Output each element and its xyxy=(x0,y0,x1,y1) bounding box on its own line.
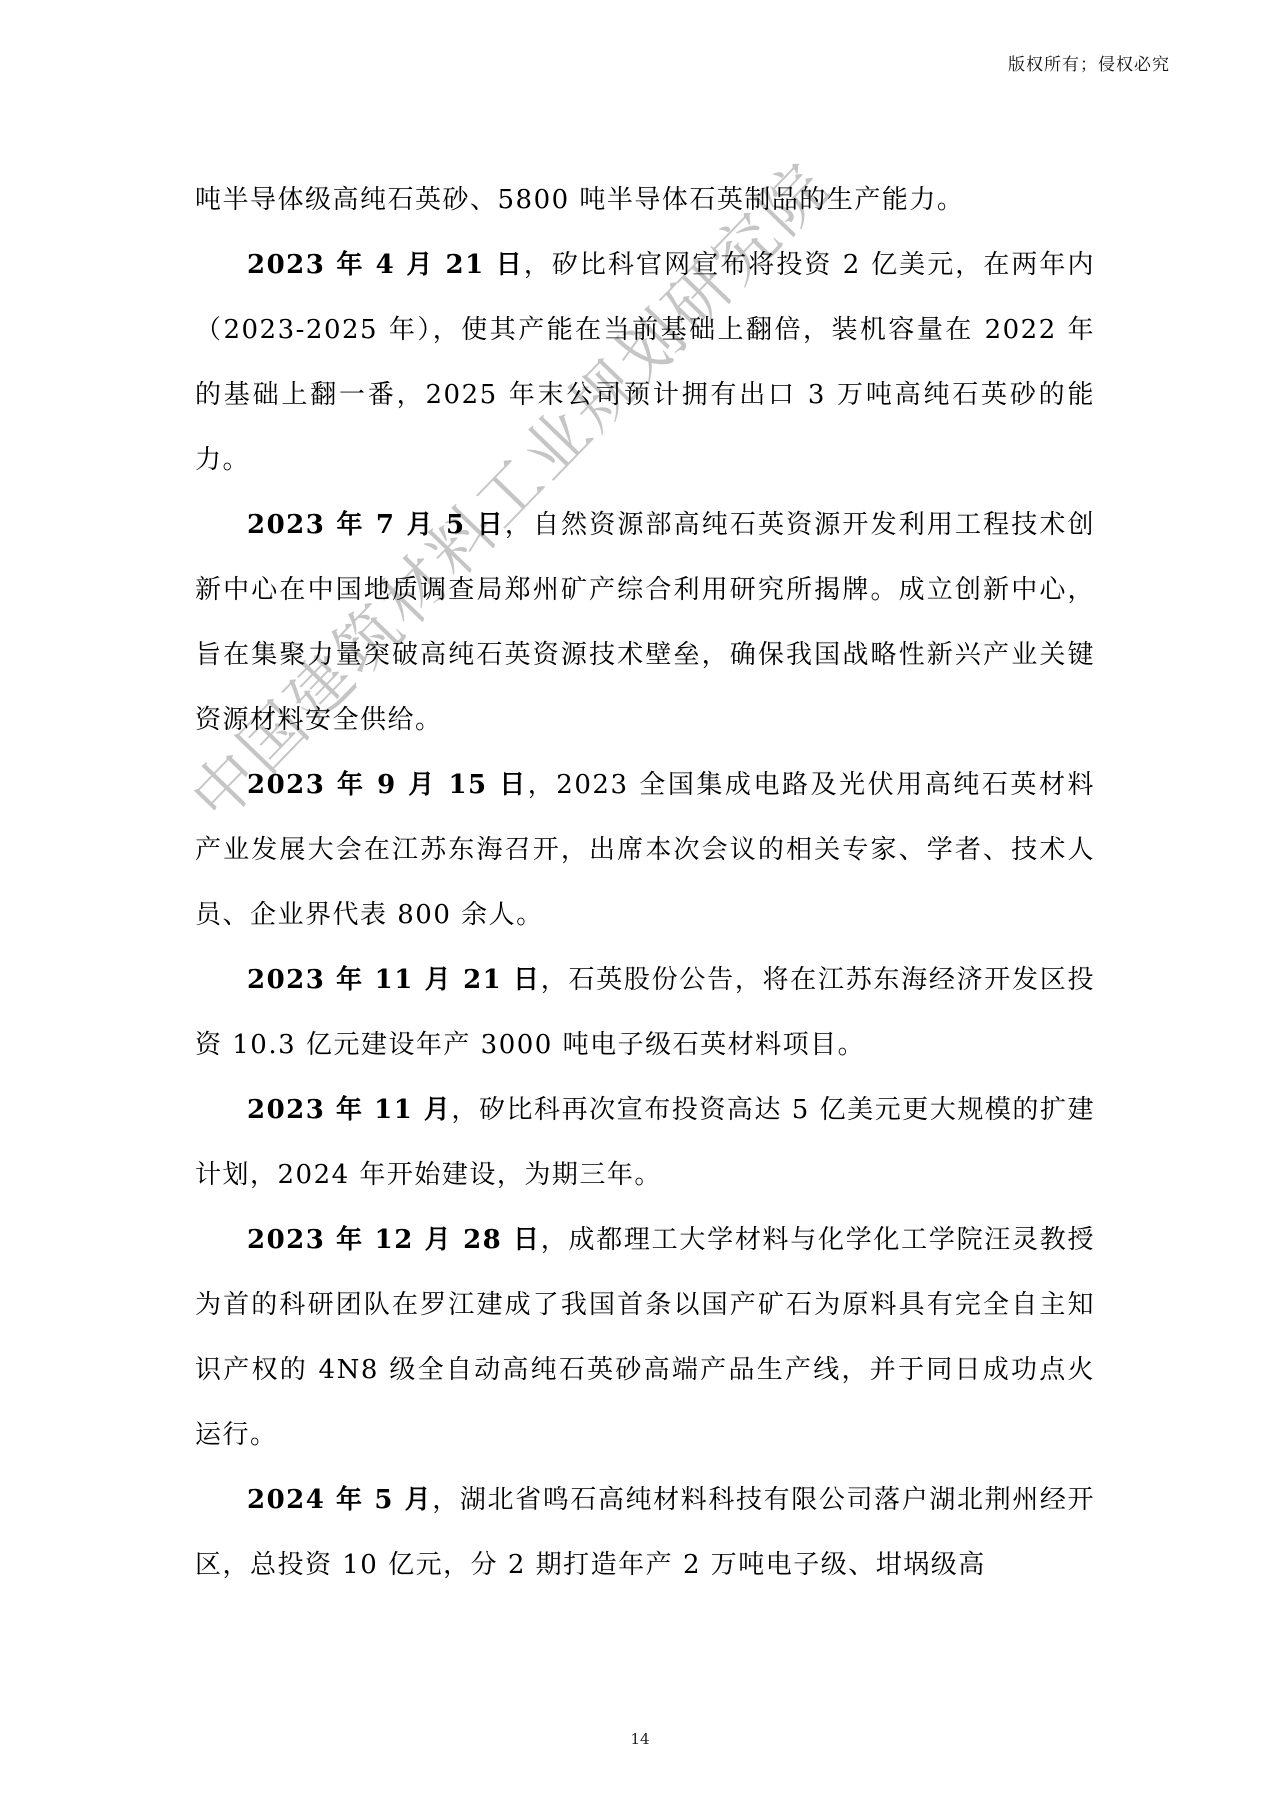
paragraph-text: ，成都理工大学材料与化学化工学院汪灵教授为首的科研团队在罗江建成了我国首条以国产… xyxy=(195,1225,1095,1450)
document-body: 吨半导体级高纯石英砂、5800 吨半导体石英制品的生产能力。 2023 年 4 … xyxy=(195,168,1095,1598)
event-date: 2023 年 4 月 21 日 xyxy=(247,250,524,280)
paragraph-text: ，矽比科官网宣布将投资 2 亿美元，在两年内（2023-2025 年），使其产能… xyxy=(195,250,1095,475)
paragraph-event: 2023 年 4 月 21 日，矽比科官网宣布将投资 2 亿美元，在两年内（20… xyxy=(195,233,1095,493)
paragraph-event: 2023 年 11 月 21 日，石英股份公告，将在江苏东海经济开发区投资 10… xyxy=(195,948,1095,1078)
paragraph-continuation: 吨半导体级高纯石英砂、5800 吨半导体石英制品的生产能力。 xyxy=(195,168,1095,233)
event-date: 2023 年 9 月 15 日 xyxy=(247,770,528,800)
copyright-notice: 版权所有；侵权必究 xyxy=(1008,50,1170,75)
paragraph-event: 2023 年 11 月，矽比科再次宣布投资高达 5 亿美元更大规模的扩建计划，2… xyxy=(195,1078,1095,1208)
event-date: 2023 年 12 月 28 日 xyxy=(247,1225,541,1255)
page-number: 14 xyxy=(0,1730,1280,1748)
event-date: 2023 年 7 月 5 日 xyxy=(247,510,505,540)
paragraph-event: 2023 年 7 月 5 日，自然资源部高纯石英资源开发利用工程技术创新中心在中… xyxy=(195,493,1095,753)
paragraph-text: ，自然资源部高纯石英资源开发利用工程技术创新中心在中国地质调查局郑州矿产综合利用… xyxy=(195,510,1095,735)
paragraph-event: 2023 年 12 月 28 日，成都理工大学材料与化学化工学院汪灵教授为首的科… xyxy=(195,1208,1095,1468)
event-date: 2023 年 11 月 21 日 xyxy=(247,965,541,995)
paragraph-text: 吨半导体级高纯石英砂、5800 吨半导体石英制品的生产能力。 xyxy=(195,185,964,215)
event-date: 2023 年 11 月 xyxy=(247,1095,451,1125)
paragraph-event: 2024 年 5 月，湖北省鸣石高纯材料科技有限公司落户湖北荆州经开区，总投资 … xyxy=(195,1468,1095,1598)
event-date: 2024 年 5 月 xyxy=(247,1485,432,1515)
paragraph-event: 2023 年 9 月 15 日，2023 全国集成电路及光伏用高纯石英材料产业发… xyxy=(195,753,1095,948)
